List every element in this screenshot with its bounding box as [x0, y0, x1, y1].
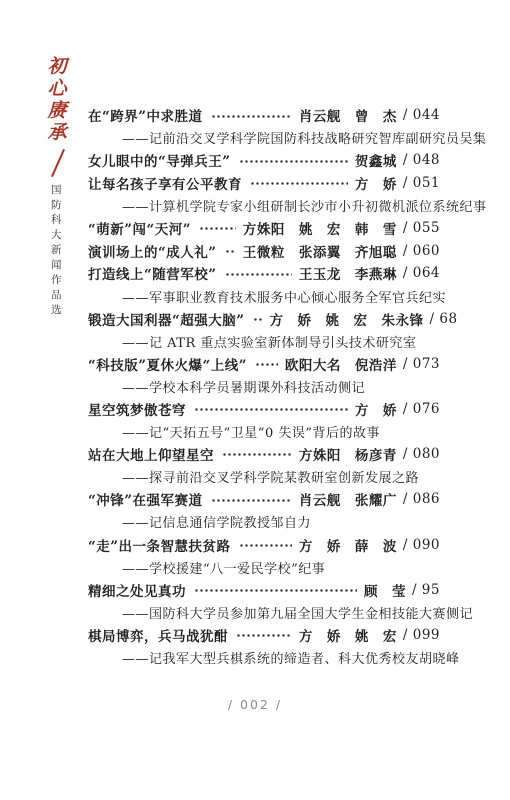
toc-entry-page: / 060 — [403, 243, 440, 259]
dot-leader — [236, 624, 292, 647]
toc-entry-authors: 肖云舰 曾 杰 — [299, 105, 397, 125]
toc-entry: 棋局博弈，兵马战犹酣方 娇 姚 宏/ 099 — [88, 624, 440, 647]
toc-entry-page: / 080 — [403, 446, 440, 462]
toc-entry: 打造线上“随营军校”王玉龙 李燕琳/ 064 — [88, 262, 440, 285]
toc-entry-title: 打造线上“随营军校” — [88, 263, 217, 283]
toc-entry-subtitle: ——学校援建“八一爱民学校”纪事 — [88, 556, 440, 579]
toc-entry-authors: 方 娇 姚 宏 — [299, 625, 397, 645]
toc-entry-title: 女儿眼中的“导弹兵王” — [88, 150, 231, 170]
toc-entry-authors: 顾 莹 — [364, 580, 406, 600]
toc-entry-subtitle: ——计算机学院专家小组研制长沙市小升初微机派位系统纪事 — [88, 194, 440, 217]
toc-entry-subtitle: ——国防科大学员参加第九届全国大学生金相技能大赛侧记 — [88, 601, 440, 624]
toc-entry-title: 在“跨界”中求胜道 — [88, 105, 203, 125]
page-number-footer: / 002 / — [0, 697, 510, 712]
toc-entry-page: / 048 — [403, 152, 440, 168]
dot-leader — [253, 307, 263, 330]
book-title: 初心赓承 — [45, 56, 66, 144]
toc-entry-page: / 051 — [403, 175, 440, 191]
toc-entry-title: “冲锋”在强军赛道 — [88, 489, 203, 509]
toc-entry-subtitle: ——记“天拓五号”卫星“0 失误”背后的故事 — [88, 420, 440, 443]
toc-entry-title: 星空筑梦傲苍穹 — [88, 399, 186, 419]
toc-entry-page: / 090 — [403, 537, 440, 553]
toc-entry-page: / 073 — [403, 356, 440, 372]
toc-entry: 演训场上的“成人礼”王微粒 张添翼 齐旭聪/ 060 — [88, 240, 440, 263]
book-spine: 初心赓承 国防科大新闻作品选 — [38, 56, 72, 319]
toc-entry: 站在大地上仰望星空方姝阳 杨彦青/ 080 — [88, 443, 440, 466]
toc-entry-title: “科技版”夏休火爆“上线” — [88, 354, 247, 374]
dot-leader — [250, 172, 348, 195]
toc-entry-authors: 贺鑫城 — [355, 150, 397, 170]
toc-entry-authors: 方 娇 姚 宏 朱永锋 — [270, 309, 424, 329]
toc-entry-subtitle: ——学校本科学员暑期课外科技活动侧记 — [88, 375, 440, 398]
dot-leader — [222, 443, 292, 466]
toc-entry: 精细之处见真功顾 莹/ 95 — [88, 578, 440, 601]
toc-entry-title: 演训场上的“成人礼” — [88, 241, 217, 261]
dot-leader — [211, 104, 292, 127]
toc-entry-authors: 肖云舰 张耀广 — [299, 489, 397, 509]
toc-entry-page: / 099 — [403, 627, 440, 643]
toc-entry-subtitle: ——记信息通信学院教授邹自力 — [88, 511, 440, 534]
toc-entry-authors: 王玉龙 李燕琳 — [299, 263, 397, 283]
toc-entry: 让每名孩子享有公平教育方 娇/ 051 — [88, 172, 440, 195]
toc-entry-page: / 044 — [403, 107, 440, 123]
toc-entry-title: 让每名孩子享有公平教育 — [88, 173, 242, 193]
toc-entry-subtitle: ——探寻前沿交叉学科学院某教研室创新发展之路 — [88, 466, 440, 489]
toc-entry-page: / 95 — [412, 582, 440, 598]
dot-leader — [255, 353, 278, 376]
toc-entry-page: / 055 — [403, 220, 440, 236]
toc-entry-authors: 方 娇 薛 波 — [299, 535, 397, 555]
toc-entry-subtitle: ——记 ATR 重点实验室新体制导引头技术研究室 — [88, 330, 440, 353]
dot-leader — [194, 398, 348, 421]
toc-entry-title: 精细之处见真功 — [88, 580, 186, 600]
dot-leader — [225, 240, 236, 263]
toc-entry-title: “走”出一条智慧扶贫路 — [88, 535, 231, 555]
toc-entry-subtitle: ——记前沿交叉学科学院国防科技战略研究智库副研究员吴集 — [88, 127, 440, 150]
toc-entry-subtitle: ——军事职业教育技术服务中心倾心服务全军官兵纪实 — [88, 285, 440, 308]
dot-leader — [211, 488, 292, 511]
dot-leader — [194, 578, 357, 601]
dot-leader — [225, 262, 292, 285]
toc-entry: 在“跨界”中求胜道肖云舰 曾 杰/ 044 — [88, 104, 440, 127]
book-subtitle: 国防科大新闻作品选 — [49, 184, 61, 319]
toc-entry-title: 锻造大国利器“超强大脑” — [88, 309, 245, 329]
dot-leader — [239, 149, 348, 172]
toc-entry: 星空筑梦傲苍穹方 娇/ 076 — [88, 398, 440, 421]
toc-entry-title: “萌新”闯“天河” — [88, 218, 191, 238]
toc-list: 在“跨界”中求胜道肖云舰 曾 杰/ 044——记前沿交叉学科学院国防科技战略研究… — [88, 104, 440, 669]
toc-entry-subtitle: ——记我军大型兵棋系统的缔造者、科大优秀校友胡晓峰 — [88, 646, 440, 669]
toc-entry-page: / 064 — [403, 265, 440, 281]
toc-entry: 锻造大国利器“超强大脑”方 娇 姚 宏 朱永锋/ 68 — [88, 307, 440, 330]
dot-leader — [199, 217, 236, 240]
toc-entry-title: 站在大地上仰望星空 — [88, 444, 214, 464]
toc-entry: 女儿眼中的“导弹兵王”贺鑫城/ 048 — [88, 149, 440, 172]
toc-entry-authors: 方 娇 — [355, 399, 397, 419]
toc-entry-authors: 方姝阳 姚 宏 韩 雪 — [243, 218, 397, 238]
toc-entry: “萌新”闯“天河”方姝阳 姚 宏 韩 雪/ 055 — [88, 217, 440, 240]
toc-entry-page: / 086 — [403, 491, 440, 507]
toc-entry-title: 棋局博弈，兵马战犹酣 — [88, 625, 228, 645]
toc-entry-authors: 方 娇 — [355, 173, 397, 193]
toc-entry-authors: 方姝阳 杨彦青 — [299, 444, 397, 464]
title-slash-decoration — [51, 149, 65, 177]
toc-entry-authors: 王微粒 张添翼 齐旭聪 — [243, 241, 397, 261]
dot-leader — [239, 533, 292, 556]
toc-entry-authors: 欧阳大名 倪浩洋 — [285, 354, 397, 374]
toc-entry-page: / 076 — [403, 401, 440, 417]
toc-entry: “走”出一条智慧扶贫路方 娇 薛 波/ 090 — [88, 533, 440, 556]
toc-entry-page: / 68 — [430, 311, 458, 327]
toc-entry: “科技版”夏休火爆“上线”欧阳大名 倪浩洋/ 073 — [88, 353, 440, 376]
toc-entry: “冲锋”在强军赛道肖云舰 张耀广/ 086 — [88, 488, 440, 511]
